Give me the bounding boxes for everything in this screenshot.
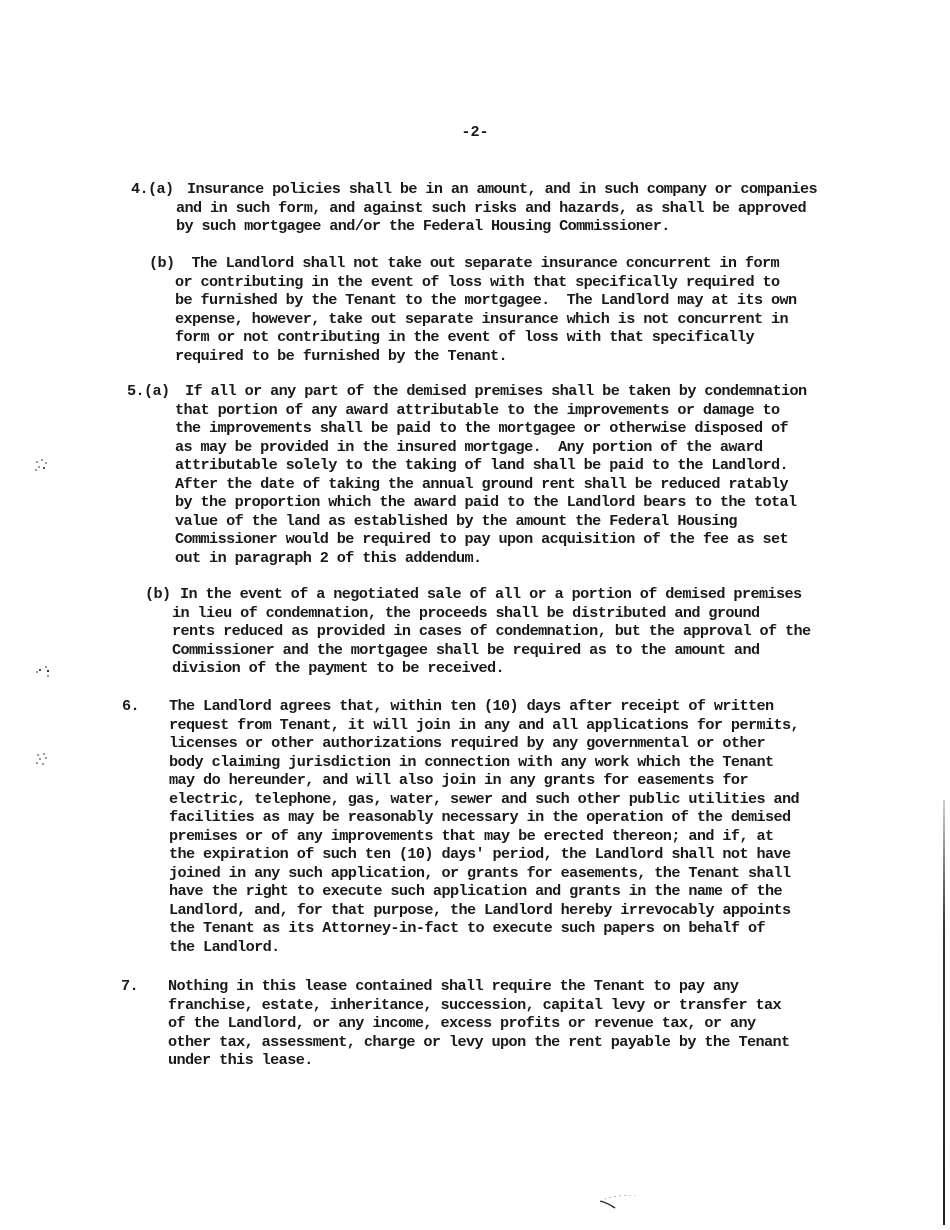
paragraph-label: 6. xyxy=(122,697,139,716)
paragraph-line: division of the payment to be received. xyxy=(172,659,811,678)
paragraph-line: Landlord, and, for that purpose, the Lan… xyxy=(169,901,799,920)
document-page: -2- 4.(a) Insurance policies shall be in… xyxy=(0,0,950,1230)
paragraph-line: required to be furnished by the Tenant. xyxy=(175,347,797,366)
scan-speckle xyxy=(34,753,50,765)
scan-speckle xyxy=(34,459,50,471)
paragraph-line: by the proportion which the award paid t… xyxy=(175,493,797,512)
paragraph-line: the expiration of such ten (10) days' pe… xyxy=(169,845,799,864)
paragraph-line: that portion of any award attributable t… xyxy=(175,401,797,420)
paragraph-line: form or not contributing in the event of… xyxy=(175,328,797,347)
paragraph-line: Commissioner would be required to pay up… xyxy=(175,530,797,549)
paragraph-line: by such mortgagee and/or the Federal Hou… xyxy=(176,217,806,236)
paragraph-line: as may be provided in the insured mortga… xyxy=(175,438,797,457)
paragraph-line: in lieu of condemnation, the proceeds sh… xyxy=(172,604,811,623)
paragraph-label: 5.(a) xyxy=(127,382,170,401)
paragraph-line: of the Landlord, or any income, excess p… xyxy=(168,1014,790,1033)
paragraph-line: the Landlord. xyxy=(169,938,799,957)
paragraph-line: and in such form, and against such risks… xyxy=(176,199,806,218)
page-edge-line xyxy=(943,800,945,1225)
paragraph-line: Nothing in this lease contained shall re… xyxy=(168,977,790,996)
paragraph-line: premises or of any improvements that may… xyxy=(169,827,799,846)
pencil-mark xyxy=(598,1195,638,1215)
paragraph-line: The Landlord agrees that, within ten (10… xyxy=(169,697,799,716)
paragraph-line: facilities as may be reasonably necessar… xyxy=(169,808,799,827)
paragraph-line: other tax, assessment, charge or levy up… xyxy=(168,1033,790,1052)
paragraph-line: If all or any part of the demised premis… xyxy=(185,382,807,401)
paragraph-line: may do hereunder, and will also join in … xyxy=(169,771,799,790)
paragraph-line: request from Tenant, it will join in any… xyxy=(169,716,799,735)
paragraph-line: The Landlord shall not take out separate… xyxy=(183,254,779,273)
scan-speckle xyxy=(34,664,50,676)
paragraph-label: (b) xyxy=(145,585,171,604)
paragraph-line: under this lease. xyxy=(168,1051,790,1070)
paragraph-line: have the right to execute such applicati… xyxy=(169,882,799,901)
paragraph-line: rents reduced as provided in cases of co… xyxy=(172,622,811,641)
paragraph-line: electric, telephone, gas, water, sewer a… xyxy=(169,790,799,809)
paragraph-line: In the event of a negotiated sale of all… xyxy=(180,585,802,604)
paragraph-line: value of the land as established by the … xyxy=(175,512,797,531)
page-number: -2- xyxy=(0,123,950,142)
paragraph-line: the improvements shall be paid to the mo… xyxy=(175,419,797,438)
paragraph-line: expense, however, take out separate insu… xyxy=(175,310,797,329)
paragraph-line: joined in any such application, or grant… xyxy=(169,864,799,883)
paragraph-line: the Tenant as its Attorney-in-fact to ex… xyxy=(169,919,799,938)
paragraph-line: Insurance policies shall be in an amount… xyxy=(187,180,817,199)
paragraph-line: attributable solely to the taking of lan… xyxy=(175,456,797,475)
paragraph-line: After the date of taking the annual grou… xyxy=(175,475,797,494)
paragraph-label: 4.(a) xyxy=(131,180,174,199)
paragraph-line: body claiming jurisdiction in connection… xyxy=(169,753,799,772)
paragraph-line: or contributing in the event of loss wit… xyxy=(175,273,797,292)
paragraph-label: (b) xyxy=(149,254,175,273)
paragraph-line: licenses or other authorizations require… xyxy=(169,734,799,753)
paragraph-line: franchise, estate, inheritance, successi… xyxy=(168,996,790,1015)
paragraph-line: be furnished by the Tenant to the mortga… xyxy=(175,291,797,310)
paragraph-line: Commissioner and the mortgagee shall be … xyxy=(172,641,811,660)
paragraph-label: 7. xyxy=(121,977,138,996)
paragraph-line: out in paragraph 2 of this addendum. xyxy=(175,549,797,568)
